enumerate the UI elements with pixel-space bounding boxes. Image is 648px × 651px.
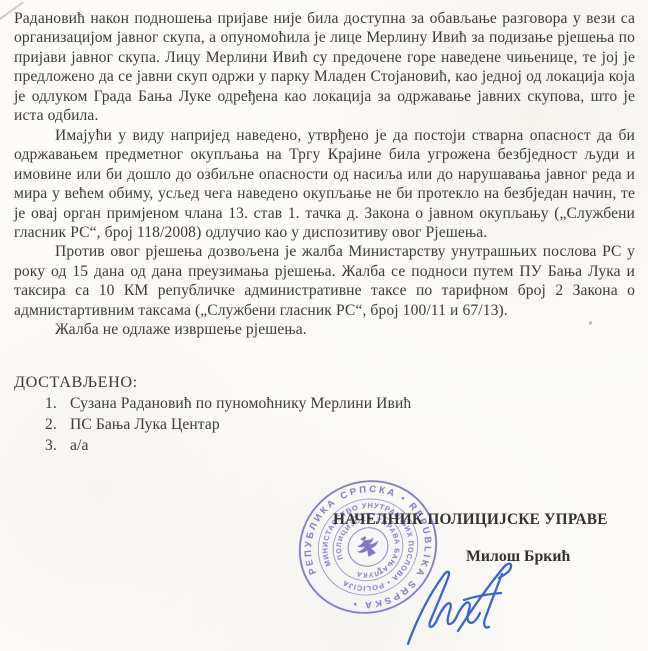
stamp-emblem-eagle — [352, 532, 383, 561]
delivered-item: ПС Бања Лука Центар — [14, 415, 635, 436]
delivered-item: а/а — [14, 436, 635, 457]
paragraph-appeal-no-delay: Жалба не одлаже извршење рјешења. — [14, 320, 635, 339]
document-body-text: Радановић након подношења пријаве није б… — [14, 9, 635, 457]
paragraph-continuation: Радановић након подношења пријаве није б… — [14, 9, 635, 126]
officer-title: НАЧЕЛНИК ПОЛИЦИЈСКЕ УПРАВЕ — [333, 511, 608, 529]
paragraph-appeal-instructions: Против овог рјешења дозвољена је жалба М… — [14, 242, 635, 320]
handwritten-signature — [398, 551, 526, 651]
paragraph-findings: Имајући у виду напријед наведено, утврђе… — [14, 126, 635, 243]
delivered-section: ДОСТАВЉЕНО: Сузана Радановић по пуномоћн… — [14, 373, 635, 457]
scanned-decision-document: { "document": { "paragraphs": [ {"text":… — [0, 0, 648, 651]
signature-icon — [398, 551, 526, 651]
delivered-item: Сузана Радановић по пуномоћнику Мерлини … — [14, 394, 635, 415]
delivered-heading: ДОСТАВЉЕНО: — [14, 373, 635, 392]
delivered-list: Сузана Радановић по пуномоћнику Мерлини … — [14, 394, 635, 456]
